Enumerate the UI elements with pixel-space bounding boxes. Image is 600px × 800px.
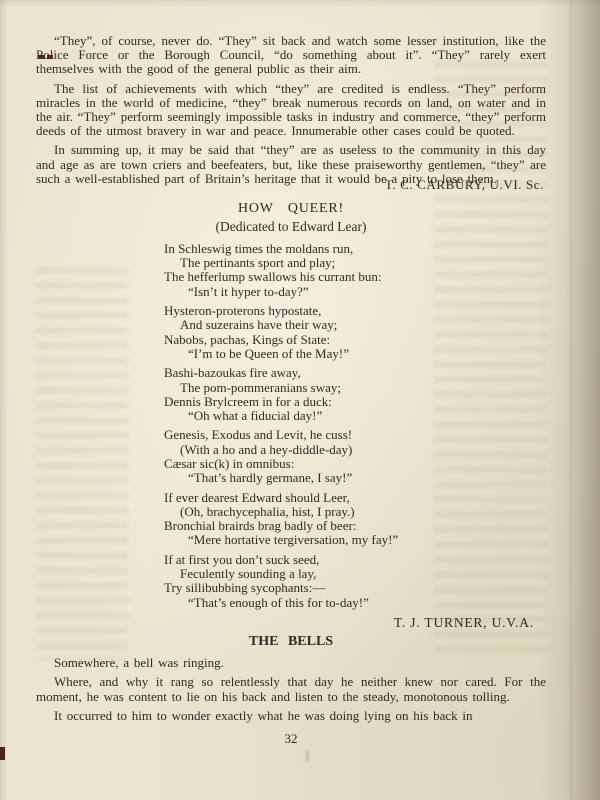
page-crease xyxy=(570,0,572,800)
poem-line: Hysteron-proterons hypostate, xyxy=(164,304,546,318)
page-number: 32 xyxy=(36,731,546,747)
poem-line: In Schleswig times the moldans run, xyxy=(164,242,546,256)
poem-line: “That’s enough of this for to-day!” xyxy=(164,596,546,610)
ink-mark xyxy=(306,751,309,761)
page-content: “They”, of course, never do. “They” sit … xyxy=(36,34,546,747)
page-edge-shadow-left xyxy=(0,0,8,800)
poem-dedication: (Dedicated to Edward Lear) xyxy=(36,219,546,235)
section-the-bells: THE BELLS Somewhere, a bell was ringing.… xyxy=(36,634,546,724)
author-attribution: T. J. TURNER, U.V.A. xyxy=(36,615,534,631)
poem-line: “That’s hardly germane, I say!” xyxy=(164,471,546,485)
poem-stanza: Hysteron-proterons hypostate, And suzera… xyxy=(164,304,546,361)
poem-stanza: Genesis, Exodus and Levit, he cuss! (Wit… xyxy=(164,428,546,485)
poem-line: And suzerains have their way; xyxy=(164,318,546,332)
poem-line: The pom-pommeranians sway; xyxy=(164,381,546,395)
poem-line: “Mere hortative tergiversation, my fay!” xyxy=(164,533,546,547)
page-edge-shadow-top xyxy=(0,0,600,7)
paragraph: It occurred to him to wonder exactly wha… xyxy=(36,709,546,724)
poem-line: (With a ho and a hey-diddle-day) xyxy=(164,443,546,457)
poem-line: If at first you don’t suck seed, xyxy=(164,553,546,567)
poem-line: Nabobs, pachas, Kings of State: xyxy=(164,333,546,347)
scanned-page: “They”, of course, never do. “They” sit … xyxy=(0,0,600,800)
poem-title: HOW QUEER! xyxy=(36,201,546,217)
poem-line: “Isn’t it hyper to-day?” xyxy=(164,285,546,299)
poem-line: Bronchial brairds brag badly of beer: xyxy=(164,519,546,533)
poem-stanza: In Schleswig times the moldans run, The … xyxy=(164,242,546,299)
poem-line: Genesis, Exodus and Levit, he cuss! xyxy=(164,428,546,442)
page-edge-shadow-right xyxy=(538,0,600,800)
poem-line: Feculently sounding a lay, xyxy=(164,567,546,581)
poem-stanza: If ever dearest Edward should Leer, (Oh,… xyxy=(164,491,546,548)
poem-line: “I’m to be Queen of the May!” xyxy=(164,347,546,361)
author-attribution: T. C. CARBURY, U.VI. Sc. xyxy=(36,177,544,193)
paragraph: The list of achievements with which “the… xyxy=(36,82,546,139)
poem-line: The hefferlump swallows his currant bun: xyxy=(164,270,546,284)
paragraph: “They”, of course, never do. “They” sit … xyxy=(36,34,546,77)
paragraph: Somewhere, a bell was ringing. xyxy=(36,656,546,671)
poem-line: Cæsar sic(k) in omnibus: xyxy=(164,457,546,471)
poem-stanza: Bashi-bazoukas fire away, The pom-pommer… xyxy=(164,366,546,423)
poem-line: Try sillibubbing sycophants:— xyxy=(164,581,546,595)
poem: In Schleswig times the moldans run, The … xyxy=(164,242,546,610)
poem-line: “Oh what a fiducial day!” xyxy=(164,409,546,423)
poem-line: (Oh, brachycephalia, hist, I pray.) xyxy=(164,505,546,519)
paragraph: Where, and why it rang so relentlessly t… xyxy=(36,675,546,704)
poem-line: The pertinants sport and play; xyxy=(164,256,546,270)
poem-line: If ever dearest Edward should Leer, xyxy=(164,491,546,505)
poem-line: Dennis Brylcreem in for a duck: xyxy=(164,395,546,409)
poem-stanza: If at first you don’t suck seed, Feculen… xyxy=(164,553,546,610)
section-heading: THE BELLS xyxy=(36,634,546,650)
poem-line: Bashi-bazoukas fire away, xyxy=(164,366,546,380)
